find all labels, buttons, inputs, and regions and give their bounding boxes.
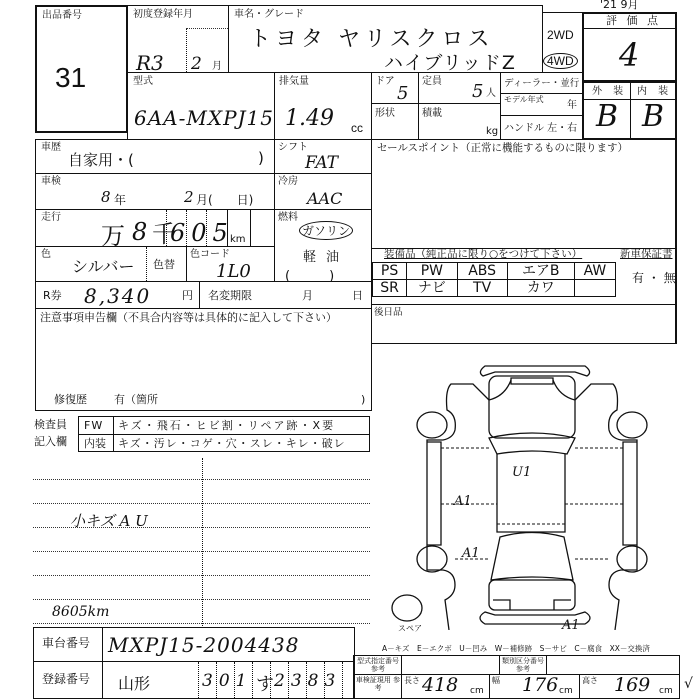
load-unit: kg (486, 126, 498, 137)
doors-value: 5 (397, 83, 408, 104)
first-registration-label: 初度登録年月 (133, 9, 193, 20)
lot-number-box: 出品番号 31 (35, 5, 128, 133)
damage-mark-roof: U1 (512, 465, 531, 480)
color-label: 色 (41, 249, 51, 260)
interior-label: 内 装 (637, 86, 672, 97)
lot-number-label: 出品番号 (42, 10, 82, 21)
shape-label: 形状 (375, 108, 395, 119)
handle-label: ハンドル 左・右 (504, 123, 577, 134)
inspection-label: 車検 (41, 176, 61, 187)
first-registration-month: 2 (191, 54, 202, 74)
fuel-label: 燃料 (278, 212, 298, 223)
displacement-value: 1.49 (285, 106, 334, 131)
inspector-label-2: 記入欄 (34, 436, 67, 447)
chassis-reg-box: 車台番号 MXPJ15-2004438 登録番号 山形 301 す 2383 (33, 627, 355, 699)
cm-unit: cm (470, 686, 484, 697)
mileage-hundreds: 605 (170, 219, 234, 247)
notes-box: 注意事項申告欄（不具合内容等は具体的に記入して下さい） 修復歴 有（箇所 ) (35, 308, 372, 411)
recycle-label: R券 (43, 290, 62, 301)
year-unit: 年 (114, 191, 126, 208)
model-year-label: モデル年式 (504, 95, 544, 104)
fw-items: キズ・飛石・ヒビ割・リペア跡・X要 (118, 420, 335, 431)
equip-sr: SR (373, 280, 407, 297)
damage-mark-left-door: A1 (454, 494, 472, 509)
shift-label: シフト (278, 142, 308, 153)
lot-number: 31 (55, 62, 86, 94)
dealer-box: ディーラー・並行 モデル年式 年 ハンドル 左・右 (500, 72, 583, 140)
type-designation-label: 型式指定番号 参考 (355, 657, 401, 673)
inspection-year: 8 (101, 188, 111, 206)
equipment-title: 装備品（純正品に限り○をつけて下さい） (384, 249, 582, 260)
aircon-label: 冷房 (278, 176, 298, 187)
inspection-day: 月( 日) (196, 191, 253, 208)
yen-unit: 円 (182, 290, 193, 301)
handwritten-mileage: 8605km (52, 604, 109, 620)
interior-grade: B (642, 99, 664, 134)
category-label: 類別区分番号 参考 (500, 657, 546, 673)
recycle-value: 8,340 (84, 284, 151, 308)
cc-unit: cc (351, 121, 363, 135)
equip-leather: カワ (507, 280, 574, 297)
load-label: 積載 (422, 108, 442, 119)
color-box: 色 シルバー 色替 色コード 1L0 (35, 246, 275, 282)
model-code: 6AA-MXPJ15 (134, 106, 274, 130)
inspection-month: 2 (184, 188, 194, 206)
damage-legend: A－キズ E－エクボ U－凹み W－補修跡 S－サビ C－腐食 XX－交換済 (382, 643, 650, 654)
damage-mark-rear-left: A1 (462, 546, 480, 561)
registration-number: 2383 (274, 671, 341, 691)
mileage-label: 走行 (41, 212, 61, 223)
displacement-box: 排気量 1.49 cc (274, 72, 372, 140)
spare-label: スペア (398, 623, 422, 634)
chassis-number: MXPJ15-2004438 (108, 633, 299, 657)
score-box: 評 価 点 4 (582, 12, 677, 82)
warranty-options: 有 ・ 無 (632, 273, 676, 284)
history-close: ) (258, 149, 264, 167)
inspection-box: 車検 8 年 2 月( 日) (35, 173, 275, 210)
equip-pw: PW (407, 263, 457, 280)
color-code: 1L0 (216, 261, 251, 282)
equip-aw: AW (574, 263, 615, 280)
ext-int-grade-box: 外 装 内 装 B B (582, 81, 677, 140)
after-parts-box: 後日品 (371, 304, 677, 344)
damage-mark-rear-bumper: A1 (562, 618, 580, 633)
shift-box: シフト FAT (274, 139, 372, 174)
interior-check-label: 内装 (84, 438, 106, 449)
warranty-label: 新車保証書 (620, 249, 673, 260)
history-box: 車歴 自家用・( ) (35, 139, 275, 174)
equipment-table: PS PW ABS エアB AW SR ナビ TV カワ (372, 262, 616, 297)
day-label: 日 (352, 290, 363, 301)
notes-title: 注意事項申告欄（不具合内容等は具体的に記入して下さい） (40, 312, 337, 323)
equip-navi: ナビ (407, 280, 457, 297)
width-value: 176 (522, 674, 558, 696)
shift-value: FAT (305, 153, 338, 173)
model-code-label: 型式 (133, 76, 153, 87)
grade: ハイブリッドZ (384, 48, 516, 75)
month-label: 月 (302, 290, 313, 301)
chassis-label: 車台番号 (42, 638, 90, 649)
name-change-label: 名変期限 (208, 290, 252, 301)
recycle-box: R券 8,340 円 (35, 281, 200, 309)
sales-point-box: セールスポイント（正常に機能するものに限ります） (371, 139, 677, 249)
repair-history-label: 修復歴 (54, 394, 87, 405)
equip-abs: ABS (457, 263, 507, 280)
interior-check-items: キズ・汚レ・コゲ・穴・スレ・キレ・破レ (118, 438, 346, 449)
year-unit: 年 (567, 100, 577, 111)
inspector-table: FW キズ・飛石・ヒビ割・リペア跡・X要 内装 キズ・汚レ・コゲ・穴・スレ・キレ… (78, 416, 370, 452)
height-label: 高さ (582, 675, 598, 686)
registration-kana: す (256, 670, 274, 696)
drive-type-box: 2WD 4WD (542, 12, 583, 73)
car-diagram (365, 340, 700, 630)
height-value: 169 (614, 674, 650, 696)
capacity-unit: 人 (486, 88, 496, 99)
fuel-diesel: 軽油 (303, 246, 349, 265)
first-registration-box: 初度登録年月 R3 2 月 (127, 5, 229, 73)
mileage-thousands: 8 (132, 218, 147, 246)
mileage-box: 走行 万 8 千 605 km (35, 209, 275, 247)
equipment-section: 装備品（純正品に限り○をつけて下さい） 新車保証書 PS PW ABS エアB … (371, 248, 677, 306)
repair-history-value: 有（箇所 (114, 394, 158, 405)
color-value: シルバー (72, 254, 134, 277)
equip-tv: TV (457, 280, 507, 297)
km-unit: km (230, 234, 246, 245)
name-change-box: 名変期限 月 日 (199, 281, 372, 309)
capacity-label: 定員 (422, 76, 442, 87)
fuel-gasoline-circled: ガソリン (299, 221, 353, 240)
history-value: 自家用・( (68, 149, 134, 170)
doors-label: ドア (375, 76, 395, 87)
exterior-label: 外 装 (592, 86, 627, 97)
score-value: 4 (619, 36, 639, 74)
check-mark: √ (684, 676, 693, 692)
sales-point-title: セールスポイント（正常に機能するものに限ります） (377, 143, 628, 154)
fw-label: FW (84, 420, 103, 431)
car-name-label: 車名・グレード (234, 9, 304, 20)
top-right-note: '21 9月 (600, 0, 639, 12)
registration-label: 登録番号 (42, 674, 90, 685)
equip-ps: PS (373, 263, 407, 280)
dealer-label: ディーラー・並行 (504, 78, 579, 89)
color-code-label: 色コード (190, 249, 230, 260)
fuel-box: 燃料 ガソリン 軽油 ( ) (274, 209, 372, 282)
history-label: 車歴 (41, 142, 61, 153)
length-value: 418 (422, 674, 458, 696)
cm-unit: cm (659, 686, 673, 697)
handwritten-note: 小キズ A U (70, 510, 148, 531)
certificate-label: 車検証現用 参考 (355, 676, 401, 692)
after-parts-label: 後日品 (374, 307, 403, 318)
aircon-value: AAC (307, 189, 342, 208)
cm-unit: cm (559, 686, 573, 697)
aircon-box: 冷房 AAC (274, 173, 372, 210)
width-label: 幅 (492, 675, 500, 686)
doors-capacity-box: ドア 5 定員 5 人 形状 積載 kg (371, 72, 501, 140)
model-code-box: 型式 6AA-MXPJ15 (127, 72, 275, 140)
month-unit: 月 (212, 61, 222, 72)
score-label: 評 価 点 (606, 15, 661, 26)
car-name-box: 車名・グレード トヨタ ヤリスクロス ハイブリッドZ (228, 5, 543, 73)
exterior-grade: B (596, 99, 618, 134)
inspector-label-1: 検査員 (34, 419, 67, 430)
equip-blank (574, 280, 615, 297)
color-change-label: 色替 (153, 259, 175, 270)
drive-4wd-circled: 4WD (543, 53, 578, 69)
capacity-value: 5 (472, 81, 483, 102)
equip-airbag: エアB (507, 263, 574, 280)
spec-table: 型式指定番号 参考 類別区分番号 参考 車検証現用 参考 長さ 418 cm 幅… (353, 655, 680, 699)
registration-region: 山形 (118, 671, 150, 694)
drive-2wd: 2WD (547, 28, 574, 42)
displacement-label: 排気量 (279, 76, 309, 87)
registration-class: 301 (202, 671, 252, 691)
length-label: 長さ (404, 675, 420, 686)
